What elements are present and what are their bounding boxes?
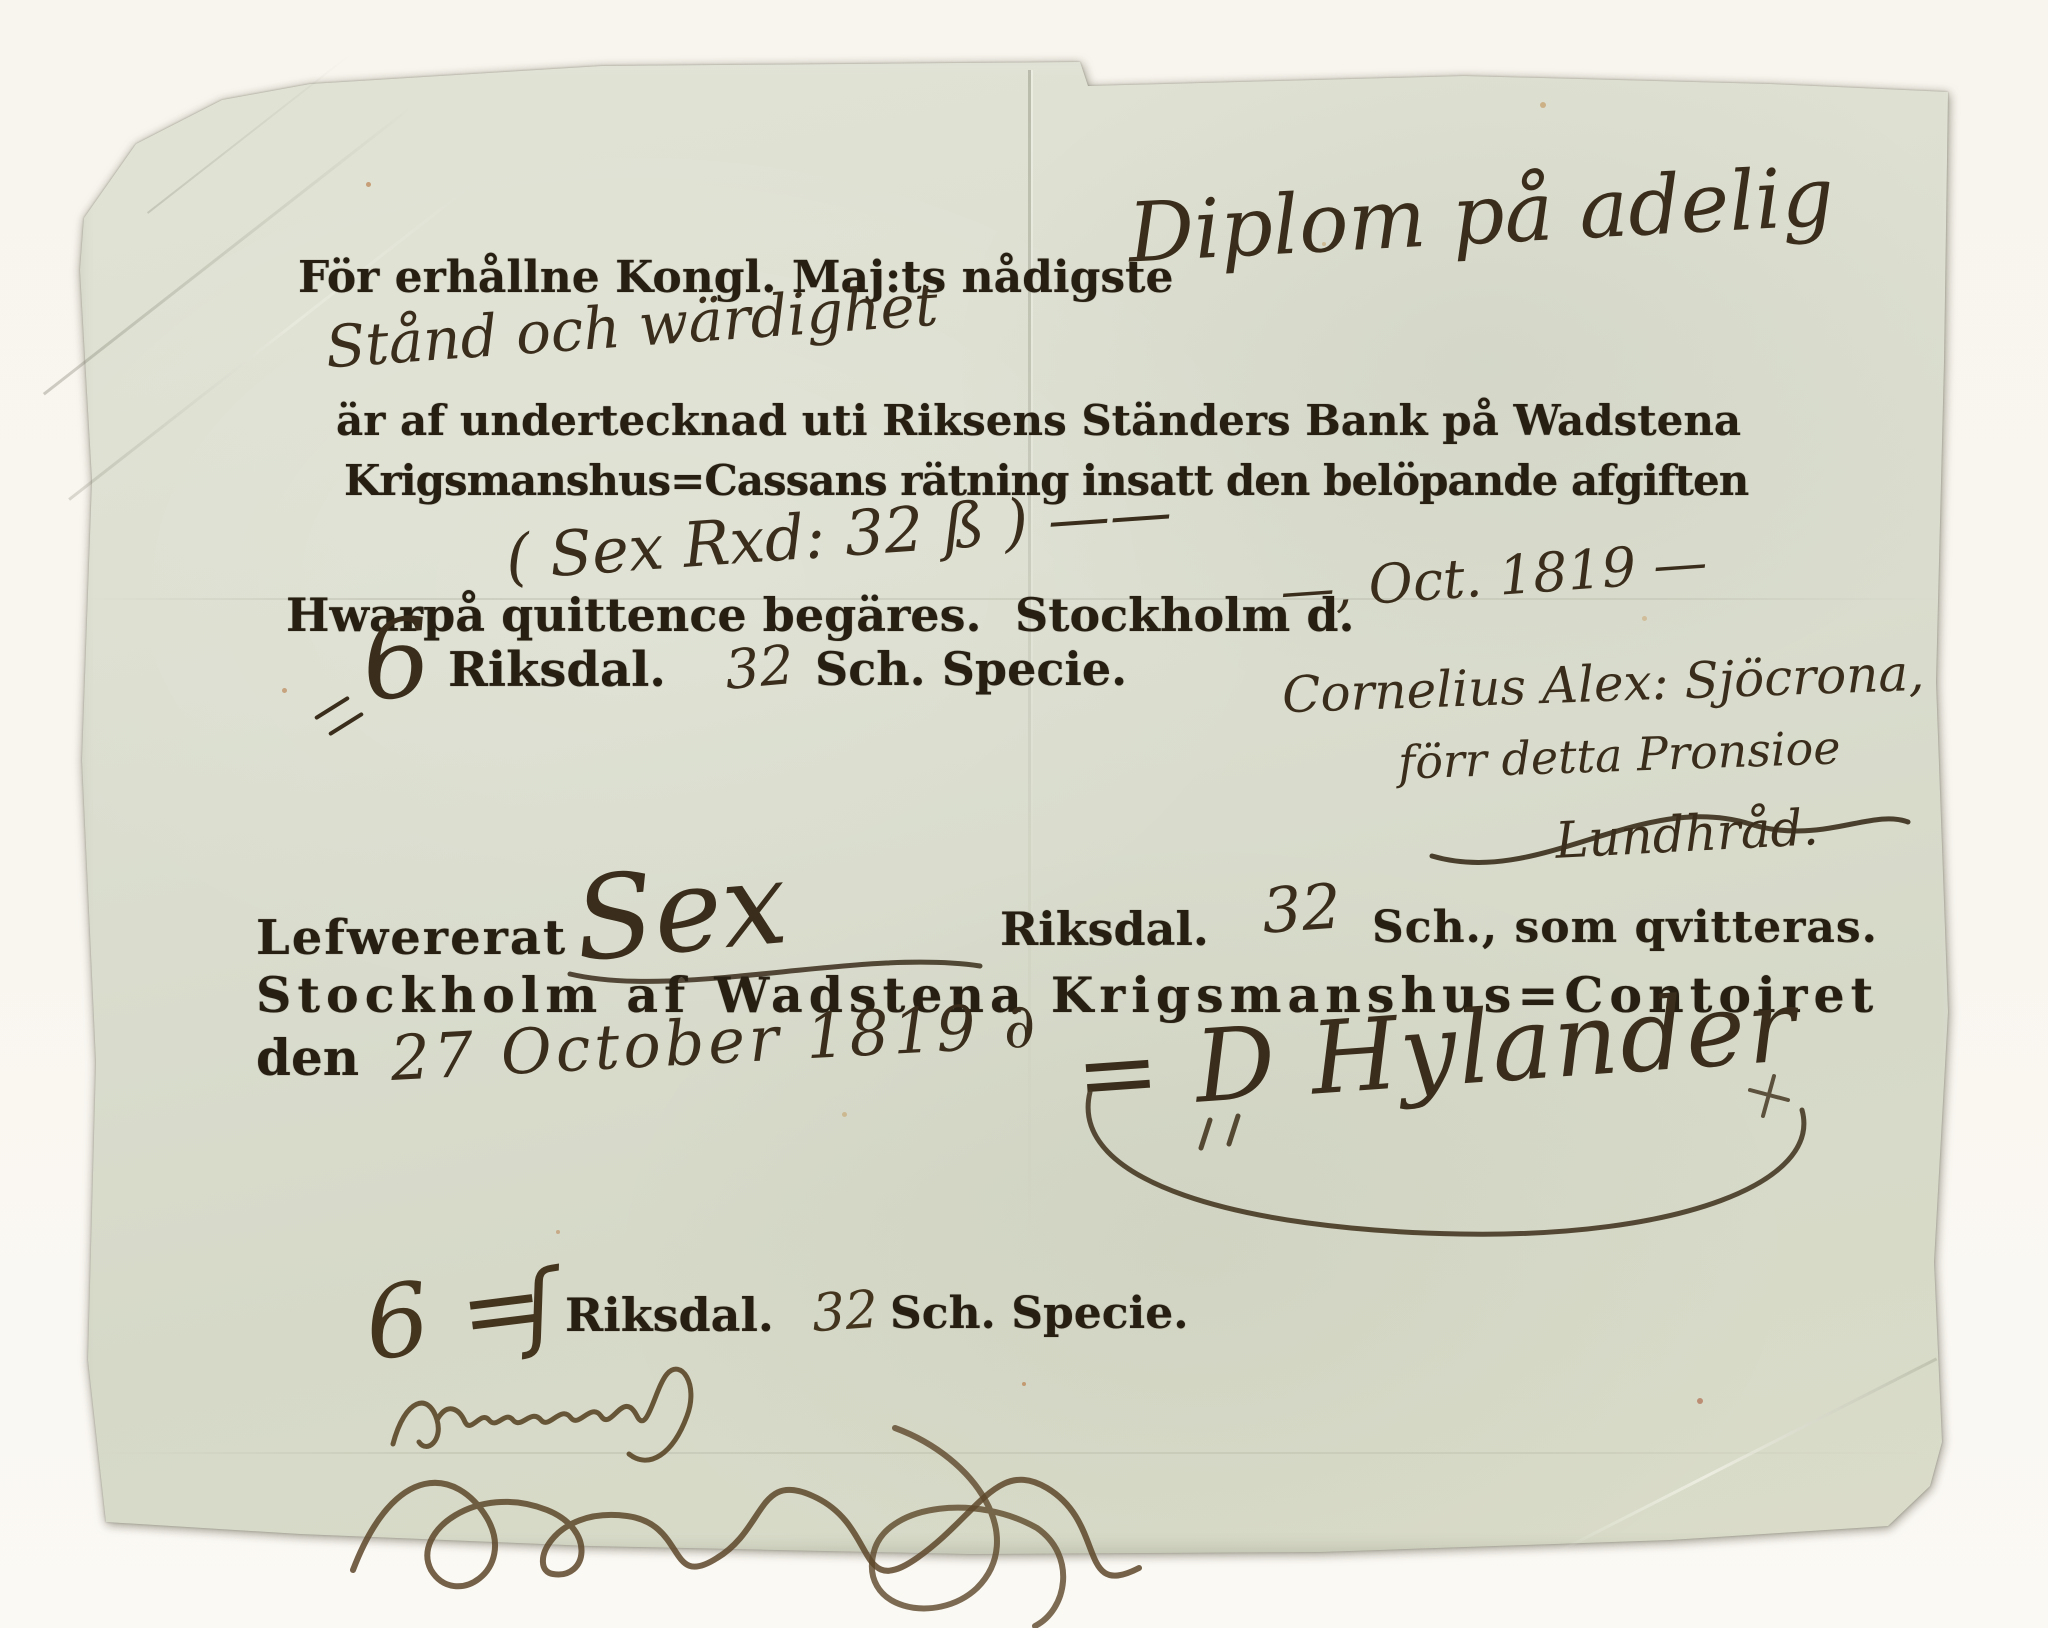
printed-den: den bbox=[256, 1028, 359, 1087]
scanned-document-page: För erhållne Kongl. Maj:ts nådigste Dipl… bbox=[0, 0, 2048, 1628]
signature-sjocrona-line1: Cornelius Alex: Sjöcrona, bbox=[1281, 644, 1925, 724]
printed-line-bank: är af undertecknad uti Riksens Ständers … bbox=[336, 396, 1741, 445]
hand-sch-32-request: 32 bbox=[722, 633, 796, 702]
printed-sch-specie-footer: Sch. Specie. bbox=[890, 1288, 1189, 1339]
printed-riksdal-request: Riksdal. bbox=[448, 642, 666, 698]
printed-riksdal-receipt: Riksdal. bbox=[1000, 902, 1209, 956]
hand-date-oct-1819: —, Oct. 1819 — bbox=[1278, 530, 1709, 623]
hand-tick-marks bbox=[314, 696, 350, 721]
printed-som-qvitteras: Sch., som qvitteras. bbox=[1372, 902, 1878, 953]
bottom-large-signature-flourish bbox=[335, 1398, 1215, 1628]
hand-sch-32-receipt: 32 bbox=[1260, 869, 1344, 947]
hand-sch-32-footer: 32 bbox=[810, 1280, 880, 1344]
signature-hylander-flourish bbox=[1060, 1062, 1860, 1262]
hand-insert-diplom: Diplom på adelig bbox=[1126, 150, 1836, 282]
printed-riksdal-footer: Riksdal. bbox=[565, 1288, 774, 1342]
printed-lefwererat: Lefwererat bbox=[256, 910, 567, 966]
printed-sch-specie-request: Sch. Specie. bbox=[815, 642, 1127, 696]
hand-tick-marks-2 bbox=[328, 712, 364, 737]
hand-value-6: 6 bbox=[356, 595, 437, 726]
text-layer: För erhållne Kongl. Maj:ts nådigste Dipl… bbox=[0, 0, 2048, 1628]
